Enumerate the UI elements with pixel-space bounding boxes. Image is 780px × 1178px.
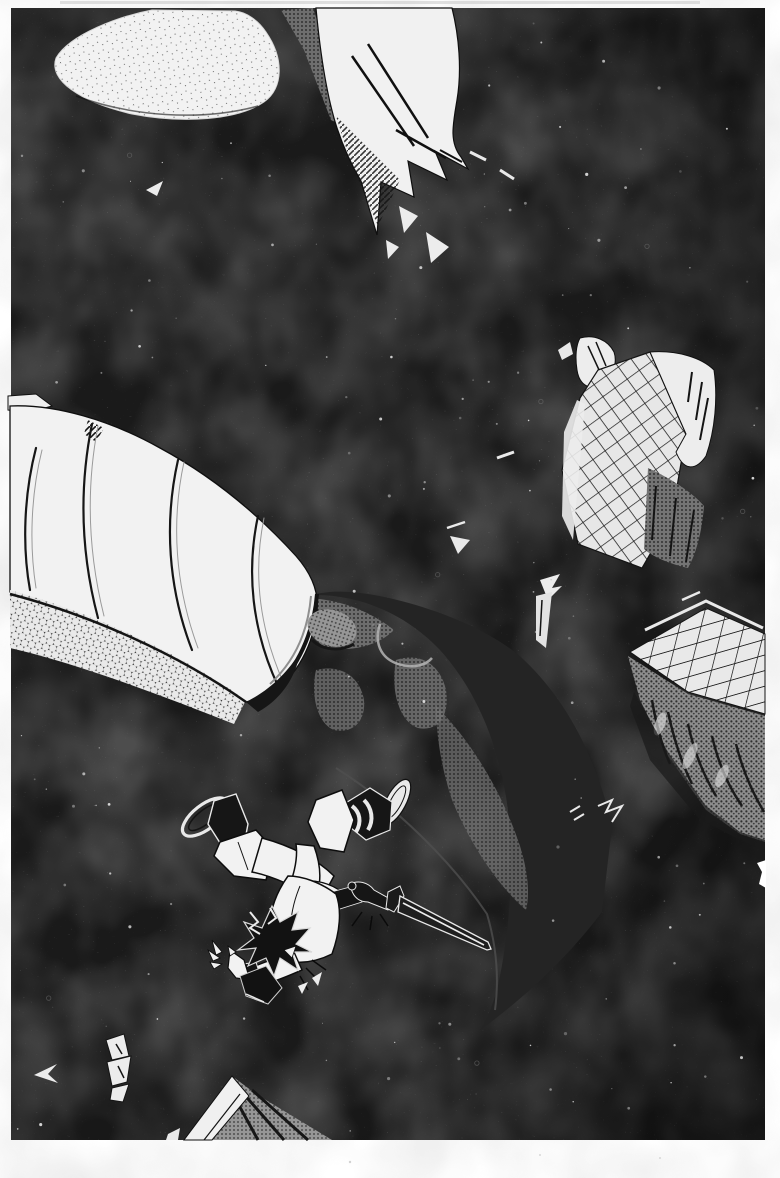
speck [657, 856, 660, 859]
speck [148, 973, 150, 975]
speck [388, 494, 391, 497]
margin-speck [539, 1154, 541, 1156]
speck [549, 1088, 552, 1091]
speck [669, 926, 672, 929]
speck [148, 279, 151, 282]
speck [533, 562, 534, 563]
speck [488, 84, 490, 86]
speck [128, 925, 131, 928]
speck [756, 407, 759, 410]
speck [571, 701, 574, 704]
speck [322, 1023, 323, 1024]
speck [590, 294, 592, 296]
speck [509, 209, 512, 212]
speck [664, 900, 666, 902]
speck [372, 624, 374, 626]
speck [556, 845, 559, 848]
speck [230, 142, 232, 144]
speck [345, 396, 347, 398]
speck [55, 381, 58, 384]
speck [752, 477, 755, 480]
speck [568, 228, 569, 229]
speck [551, 579, 552, 580]
speck [62, 201, 64, 203]
speck [743, 862, 745, 864]
speck [99, 747, 100, 748]
speck [676, 864, 679, 867]
speck [348, 676, 350, 678]
speck [640, 148, 642, 150]
speck [679, 170, 682, 173]
speck [457, 1057, 460, 1060]
speck [394, 1042, 395, 1043]
speck [602, 60, 605, 63]
speck [658, 86, 661, 89]
speck [726, 128, 728, 130]
speck [533, 591, 535, 593]
speck [108, 803, 111, 806]
speck [484, 173, 485, 174]
speck [379, 417, 382, 420]
speck [271, 244, 274, 247]
speck [459, 417, 462, 420]
speck [17, 1128, 19, 1130]
speck [673, 1044, 675, 1046]
speck [540, 42, 542, 44]
speck [422, 700, 425, 703]
speck [34, 778, 36, 780]
speck [564, 1032, 567, 1035]
speck [721, 517, 723, 519]
speck [265, 365, 266, 366]
speck [746, 281, 748, 283]
speck [162, 162, 163, 163]
speck [574, 778, 576, 780]
speck [740, 1056, 743, 1059]
speck [221, 178, 223, 180]
speck [176, 318, 177, 319]
speck [517, 372, 519, 374]
speck [670, 1082, 671, 1083]
speck [562, 294, 564, 296]
speck [572, 1101, 573, 1102]
speck [484, 206, 485, 207]
speck [580, 797, 582, 799]
speck [109, 872, 111, 874]
speck [488, 381, 490, 383]
manga-page: Night free-fall [0, 0, 780, 1178]
speck [21, 735, 22, 736]
speck [348, 452, 351, 455]
debris-block-upper [558, 337, 716, 568]
speck [82, 772, 85, 775]
speck [573, 615, 575, 617]
top-margin-smudge [60, 1, 700, 4]
speck [753, 424, 755, 426]
speck [533, 23, 535, 25]
speck [750, 516, 751, 517]
speck [138, 345, 141, 348]
speck [673, 962, 676, 965]
speck [326, 356, 328, 358]
speck [627, 1107, 630, 1110]
speck [448, 1023, 451, 1026]
speck [703, 883, 705, 885]
speck [353, 590, 356, 593]
speck [401, 643, 403, 645]
speck [240, 734, 242, 736]
speck [476, 1093, 477, 1094]
speck [395, 318, 396, 319]
speck [423, 488, 425, 490]
speck [597, 239, 600, 242]
speck [104, 341, 105, 342]
speck [39, 1123, 42, 1126]
speck [419, 266, 422, 269]
speck [100, 372, 102, 374]
panel-artwork: Night free-fall [0, 0, 780, 1178]
speck [627, 327, 629, 329]
speck [316, 244, 317, 245]
speck [704, 1075, 706, 1077]
speck [152, 357, 154, 359]
speck [424, 481, 426, 483]
speck [539, 460, 540, 461]
speck [387, 1077, 390, 1080]
speck [606, 998, 607, 999]
speck [529, 490, 531, 492]
speck [699, 914, 701, 916]
speck [243, 1017, 245, 1019]
margin-speck [659, 1157, 661, 1159]
speck [524, 202, 527, 205]
speck [559, 126, 561, 128]
speck [624, 186, 627, 189]
speck [82, 169, 85, 172]
speck [21, 155, 23, 157]
speck [130, 181, 131, 182]
sword-pommel [348, 882, 356, 890]
speck [689, 267, 690, 268]
speck [106, 1026, 107, 1027]
speck [63, 884, 66, 887]
speck [611, 1088, 612, 1089]
speck [46, 789, 47, 790]
speck [535, 631, 537, 633]
speck [496, 423, 498, 425]
speck [349, 1130, 351, 1132]
speck [439, 1047, 440, 1048]
speck [95, 805, 97, 807]
speck [568, 637, 571, 640]
speck [72, 805, 75, 808]
speck [268, 175, 271, 178]
speck [462, 398, 464, 400]
speck [585, 173, 588, 176]
margin-speck [349, 1161, 351, 1163]
speck [530, 1045, 532, 1047]
speck [130, 309, 132, 311]
speck [157, 1018, 159, 1020]
speck [390, 356, 393, 359]
speck [170, 903, 172, 905]
speck [472, 379, 473, 380]
speck [528, 420, 530, 422]
speck [438, 1022, 440, 1024]
speck [326, 1060, 328, 1062]
speck [552, 919, 555, 922]
